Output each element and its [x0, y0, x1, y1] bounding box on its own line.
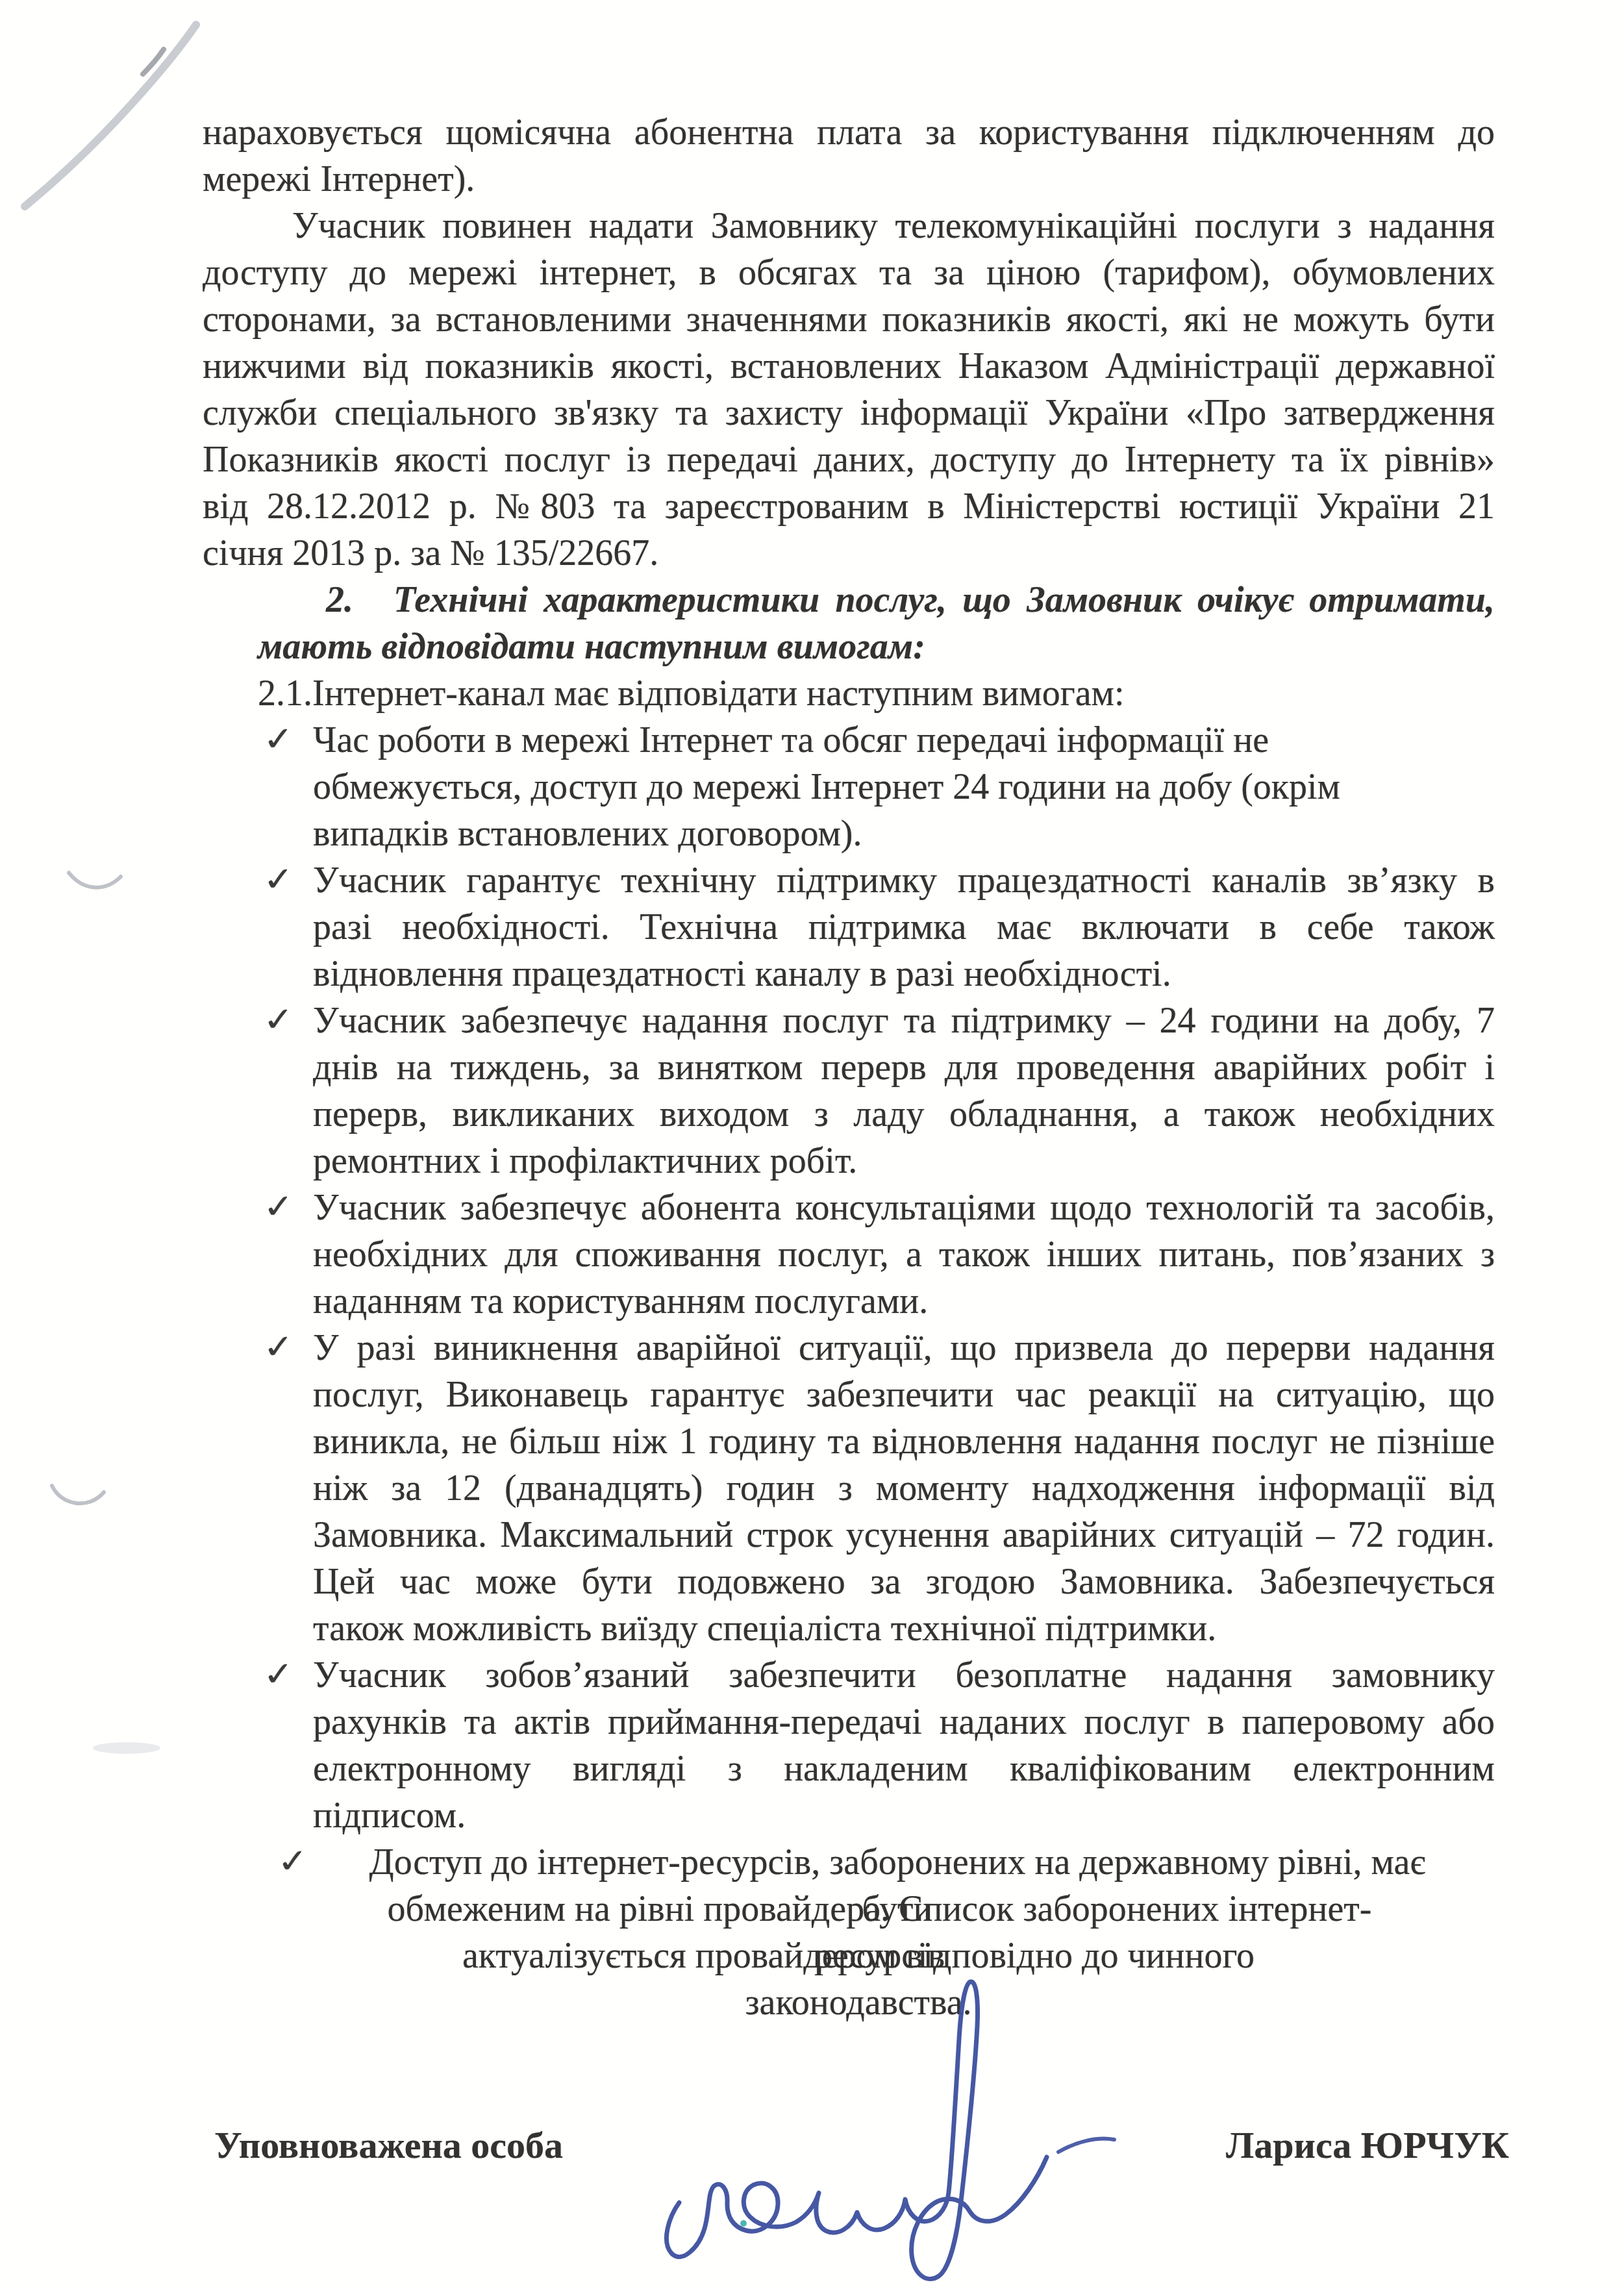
scan-crease-dark-spot — [143, 49, 164, 74]
document-line: січня 2013 р. за № 135/22667. — [203, 530, 1495, 577]
document-line: від 28.12.2012 р. №803 та зареєстрованим… — [203, 483, 1495, 530]
document-line: Показників якості послуг із передачі дан… — [203, 436, 1495, 483]
bullet-line: відновлення працездатності каналу в разі… — [203, 951, 1495, 997]
bullet-line: разі необхідності. Технічна підтримка ма… — [203, 904, 1495, 951]
bullet-text: Учасник зобов’язаний забезпечити безопла… — [313, 1655, 1495, 1695]
section-number: 2. — [326, 580, 353, 620]
bullet-line: днів на тиждень, за винятком перерв для … — [203, 1044, 1495, 1091]
bullet-line: рахунків та актів приймання-передачі над… — [203, 1699, 1495, 1745]
bullet-line: ніж за 12 (дванадцять) годин з моменту н… — [203, 1465, 1495, 1512]
check-bullet-icon: ✓ — [261, 855, 296, 904]
bullet-line: ✓Учасник зобов’язаний забезпечити безопл… — [203, 1652, 1495, 1699]
bullet-text: Час роботи в мережі Інтернет та обсяг пе… — [313, 720, 1269, 760]
bullet-line: ✓Учасник забезпечує надання послуг та пі… — [203, 997, 1495, 1044]
bullet-text: Учасник забезпечує абонента консультація… — [313, 1188, 1495, 1228]
check-bullet-icon: ✓ — [261, 1323, 296, 1371]
signature-dash — [1058, 2139, 1114, 2152]
bullet-line: обмеженим на рівні провайдера. Список за… — [203, 1886, 1495, 1932]
section-heading-line: мають відповідати наступним вимогам: — [203, 623, 1495, 670]
bullet-line: актуалізується провайдером відповідно до… — [203, 1932, 1495, 1979]
document-text-block: нараховується щомісячна абонентна плата … — [203, 109, 1495, 1979]
check-bullet-icon: ✓ — [261, 995, 296, 1044]
check-bullet-icon: ✓ — [261, 715, 296, 764]
scan-crease-artifact — [25, 25, 196, 206]
margin-smudge-arc — [69, 873, 121, 888]
check-bullet-icon: ✓ — [261, 1650, 296, 1699]
bullet-line: наданням та користуванням послугами. — [203, 1278, 1495, 1325]
scanned-document-page: нараховується щомісячна абонентна плата … — [0, 0, 1624, 2287]
document-line: мережі Інтернет). — [203, 156, 1495, 203]
document-line: Учасник повинен надати Замовнику телеком… — [203, 203, 1495, 249]
section-heading-text: Технічні характеристики послуг, що Замов… — [394, 580, 1495, 620]
document-line: сторонами, за встановленими значеннями п… — [203, 296, 1495, 343]
bullet-text: Учасник гарантує технічну підтримку прац… — [313, 860, 1495, 901]
signature-stroke — [666, 1982, 1047, 2279]
bullet-text: Учасник забезпечує надання послуг та під… — [313, 1001, 1495, 1041]
subsection-heading: 2.1.Інтернет-канал має відповідати насту… — [203, 670, 1495, 717]
bullet-line: випадків встановлених договором). — [203, 810, 1495, 857]
bullet-line: Замовника. Максимальний строк усунення а… — [203, 1512, 1495, 1558]
bullet-line: ✓Учасник гарантує технічну підтримку пра… — [203, 857, 1495, 904]
document-line: нижчими від показників якості, встановле… — [203, 343, 1495, 390]
bullet-line: електронному вигляді з накладеним кваліф… — [203, 1745, 1495, 1792]
section-heading-line: 2.Технічні характеристики послуг, що Зам… — [203, 577, 1495, 623]
check-bullet-icon: ✓ — [275, 1837, 310, 1886]
bullet-line: також можливість виїзду спеціаліста техн… — [203, 1605, 1495, 1652]
bullet-line: перерв, викликаних виходом з ладу обладн… — [203, 1091, 1495, 1138]
bullet-line: виникла, не більш ніж 1 годину та віднов… — [203, 1418, 1495, 1465]
document-line: нараховується щомісячна абонентна плата … — [203, 109, 1495, 156]
margin-smudge-arc — [52, 1486, 104, 1503]
signer-name: Лариса ЮРЧУК — [1226, 2122, 1509, 2169]
bullet-line: послуг, Виконавець гарантує забезпечити … — [203, 1371, 1495, 1418]
bullet-line: ✓У разі виникнення аварійної ситуації, щ… — [203, 1325, 1495, 1371]
check-bullet-icon: ✓ — [261, 1182, 296, 1231]
margin-smudge-spot — [93, 1742, 160, 1754]
document-line: служби спеціального зв'язку та захисту і… — [203, 390, 1495, 436]
bullet-line: ремонтних і профілактичних робіт. — [203, 1138, 1495, 1184]
bullet-line: ✓Час роботи в мережі Інтернет та обсяг п… — [203, 717, 1495, 764]
bullet-line: ✓Доступ до інтернет-ресурсів, заборонени… — [203, 1839, 1495, 1886]
bullet-text: У разі виникнення аварійної ситуації, що… — [313, 1328, 1495, 1368]
bullet-line: обмежується, доступ до мережі Інтернет 2… — [203, 764, 1495, 810]
ink-dot — [740, 2220, 747, 2227]
bullet-line: необхідних для споживання послуг, а тако… — [203, 1231, 1495, 1278]
bullet-line: підписом. — [203, 1792, 1495, 1839]
document-line: доступу до мережі інтернет, в обсягах та… — [203, 249, 1495, 296]
bullet-line: Цей час може бути подовжено за згодою За… — [203, 1558, 1495, 1605]
bullet-line: ✓Учасник забезпечує абонента консультаці… — [203, 1184, 1495, 1231]
authorized-person-label: Уповноважена особа — [214, 2122, 563, 2169]
